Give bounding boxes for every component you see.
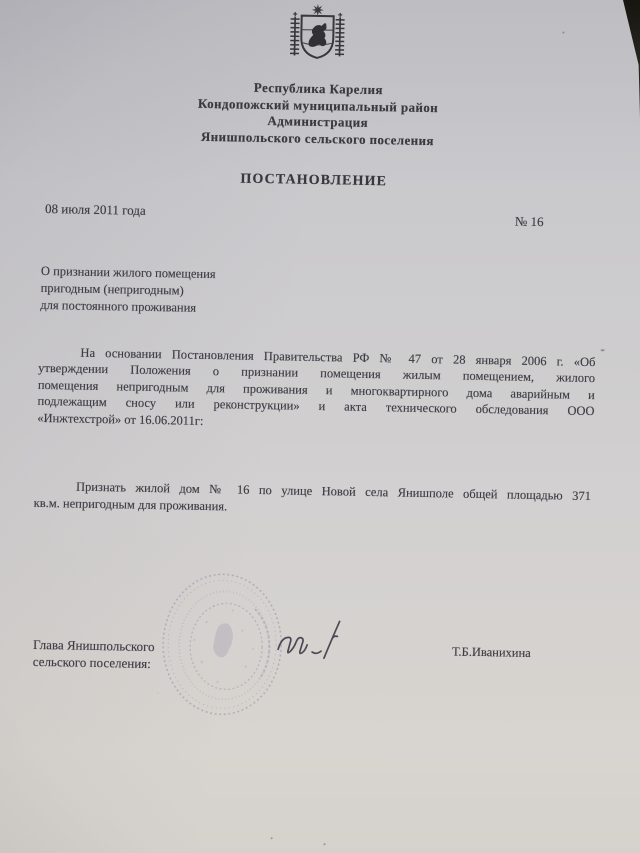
signer-title-line: сельского поселения:: [33, 653, 155, 672]
paper-speck: [324, 843, 326, 845]
subject-line: для постоянного проживания: [40, 297, 215, 317]
fir-branch-right-icon: [335, 13, 345, 57]
signer-name: Т.Б.Иванихина: [452, 645, 531, 661]
handwritten-signature: [268, 609, 361, 669]
resolution-paragraph: Признать жилой дом № 16 по улице Новой с…: [34, 478, 592, 521]
subject-block: О признании жилого помещения пригодным (…: [40, 263, 216, 317]
document-photo: { "document": { "emblem": "coat-of-arms-…: [0, 0, 640, 853]
date-row: 08 июля 2011 года № 16: [0, 200, 636, 232]
karelia-coat-of-arms-icon: [288, 1, 347, 60]
star-icon: [312, 4, 324, 16]
body-paragraph: На основании Постановления Правительства…: [37, 344, 595, 436]
doc-number: № 16: [515, 214, 544, 231]
paper-speck: [271, 837, 273, 839]
document-content: Республика Карелия Кондопожский муниципа…: [0, 0, 640, 853]
paper-speck: [562, 31, 564, 33]
doc-date: 08 июля 2011 года: [45, 201, 146, 219]
doc-title: ПОСТАНОВЛЕНИЕ: [0, 167, 631, 195]
fir-branch-left-icon: [290, 12, 300, 56]
signer-title: Глава Янишпольского сельского поселения:: [33, 636, 155, 672]
org-header: Республика Карелия Кондопожский муниципа…: [0, 75, 638, 153]
bear-icon: [308, 23, 326, 47]
paper-speck: [601, 349, 605, 351]
